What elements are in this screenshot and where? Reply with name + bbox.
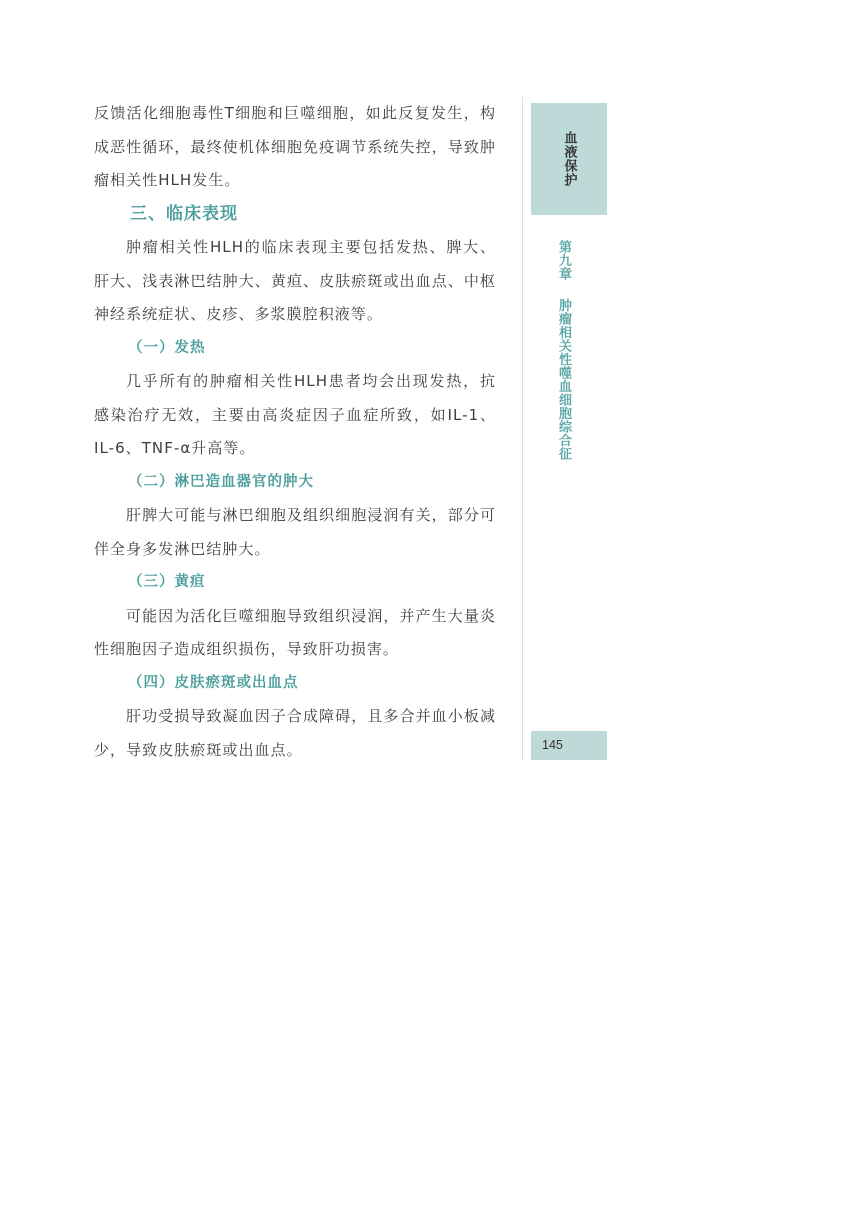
chapter-title: 肿瘤相关性噬血细胞综合征 xyxy=(556,299,571,461)
chapter-running-title: 第九章肿瘤相关性噬血细胞综合征 xyxy=(555,240,571,461)
main-text-column: 反馈活化细胞毒性T细胞和巨噬细胞，如此反复发生，构成恶性循环，最终使机体细胞免疫… xyxy=(94,97,496,767)
subsection-heading-jaundice: （三）黄疸 xyxy=(94,566,496,600)
section-paragraph: 肿瘤相关性HLH的临床表现主要包括发热、脾大、肝大、浅表淋巴结肿大、黄疸、皮肤瘀… xyxy=(94,231,496,332)
subsection-text-lymph: 肝脾大可能与淋巴细胞及组织细胞浸润有关，部分可伴全身多发淋巴结肿大。 xyxy=(94,499,496,566)
section-tab: 血液保护 xyxy=(531,103,607,215)
subsection-heading-skin: （四）皮肤瘀斑或出血点 xyxy=(94,667,496,701)
book-page: 反馈活化细胞毒性T细胞和巨噬细胞，如此反复发生，构成恶性循环，最终使机体细胞免疫… xyxy=(0,0,867,1218)
chapter-number: 第九章 xyxy=(556,240,571,281)
subsection-text-fever: 几乎所有的肿瘤相关性HLH患者均会出现发热，抗感染治疗无效，主要由高炎症因子血症… xyxy=(94,365,496,466)
intro-paragraph: 反馈活化细胞毒性T细胞和巨噬细胞，如此反复发生，构成恶性循环，最终使机体细胞免疫… xyxy=(94,97,496,198)
subsection-heading-fever: （一）发热 xyxy=(94,332,496,366)
margin-divider xyxy=(522,97,523,760)
section-heading: 三、临床表现 xyxy=(94,198,496,232)
page-number-tab: 145 xyxy=(531,731,607,760)
page-number: 145 xyxy=(542,738,563,752)
subsection-text-jaundice: 可能因为活化巨噬细胞导致组织浸润，并产生大量炎性细胞因子造成组织损伤，导致肝功损… xyxy=(94,600,496,667)
subsection-text-skin: 肝功受损导致凝血因子合成障碍，且多合并血小板减少，导致皮肤瘀斑或出血点。 xyxy=(94,700,496,767)
section-tab-label: 血液保护 xyxy=(560,131,579,187)
subsection-heading-lymph: （二）淋巴造血器官的肿大 xyxy=(94,466,496,500)
